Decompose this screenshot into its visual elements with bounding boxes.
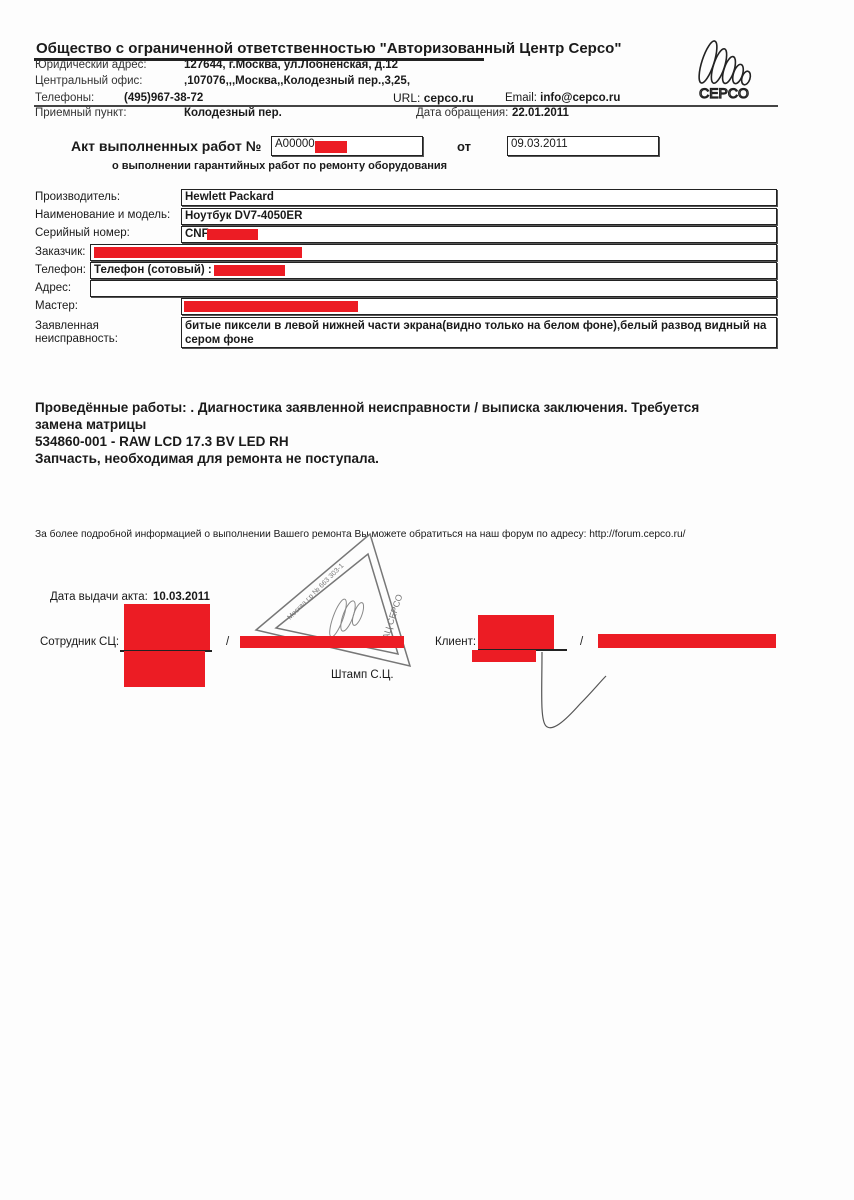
url-label: URL: [393,91,420,105]
model-value: Ноутбук DV7-4050ER [185,210,302,222]
redacted-phone [214,265,285,276]
act-date-value: 09.03.2011 [511,138,568,150]
employee-slash: / [226,636,229,648]
redacted-employee-signature [124,604,210,650]
customer-label: Заказчик: [35,246,85,258]
fault-text-line2: сером фоне [185,333,773,347]
svg-text:Москва г.р № 663 303-1: Москва г.р № 663 303-1 [286,562,345,621]
request-date-value: 22.01.2011 [512,107,569,119]
signature-icon [530,650,630,735]
serial-label: Серийный номер: [35,227,130,239]
act-title: Акт выполненных работ № [71,138,261,154]
manufacturer-field[interactable]: Hewlett Packard [181,189,777,206]
redacted-client-signature [478,615,554,649]
url-link[interactable]: cepco.ru [424,91,474,105]
phones-value: (495)967-38-72 [124,92,203,104]
address-label: Адрес: [35,282,71,294]
central-office-value: ,107076,,,Москва,,Колодезный пер.,3,25, [184,75,410,87]
cepco-logo-icon: CEPCO [684,38,764,102]
stamp: Москва г.р № 663 303-1 АЦ СЕРСО [250,530,420,670]
stamp-triangle-icon: Москва г.р № 663 303-1 АЦ СЕРСО [250,530,420,670]
issue-date-label: Дата выдачи акта: [50,591,148,603]
reception-value: Колодезный пер. [184,107,282,119]
client-label: Клиент: [435,636,476,648]
model-label: Наименование и модель: [35,209,170,221]
address-field[interactable] [90,280,777,297]
work-line2: замена матрицы [35,416,699,433]
manufacturer-value: Hewlett Packard [185,191,274,203]
fault-label-line2: неисправность: [35,333,118,345]
manufacturer-label: Производитель: [35,191,120,203]
svg-text:CEPCO: CEPCO [699,85,749,101]
fault-text-line1: битые пиксели в левой нижней части экран… [185,319,773,333]
act-date-field[interactable]: 09.03.2011 [507,136,659,156]
serial-value: CNF [185,228,209,240]
client-signature-stroke [530,650,630,735]
redacted-client-fullname [598,634,776,648]
header-divider [34,105,778,107]
stamp-label: Штамп С.Ц. [331,669,394,681]
redacted-act-number [315,141,347,153]
serial-field[interactable]: CNF [181,226,777,243]
legal-address-value: 127644, г.Москва, ул.Лобненская, д.12 [184,59,398,71]
url-block: URL: cepco.ru [393,91,474,105]
redacted-client-name [472,650,536,662]
client-slash: / [580,636,583,648]
employee-label: Сотрудник СЦ: [40,636,119,648]
act-number-prefix: A00000 [275,138,315,150]
request-date-label: Дата обращения: [416,107,508,119]
legal-address-label: Юридический адрес: [35,59,147,71]
email-block: Email: info@cepco.ru [505,92,620,104]
redacted-customer [94,247,302,258]
company-name: Общество с ограниченной ответственностью… [36,40,621,57]
act-subtitle: о выполнении гарантийных работ по ремонт… [112,160,447,172]
phone-field[interactable]: Телефон (сотовый) : [90,262,777,279]
fault-field[interactable]: битые пиксели в левой нижней части экран… [181,317,777,348]
work-line3: 534860-001 - RAW LCD 17.3 BV LED RH [35,433,699,450]
master-label: Мастер: [35,300,78,312]
issue-date-value: 10.03.2011 [153,591,210,603]
central-office-label: Центральный офис: [35,75,142,87]
phone-label: Телефон: [35,264,86,276]
act-from-label: от [457,139,471,154]
act-number-field[interactable]: A00000 [271,136,423,156]
work-line1: Проведённые работы: . Диагностика заявле… [35,399,699,416]
email-label: Email: [505,92,537,104]
model-field[interactable]: Ноутбук DV7-4050ER [181,208,777,225]
redacted-master [184,301,358,312]
reception-label: Приемный пункт: [35,107,127,119]
redacted-employee-name [124,651,205,687]
work-line4: Запчасть, необходимая для ремонта не пос… [35,450,699,467]
phones-label: Телефоны: [35,92,94,104]
redacted-employee-fullname [240,636,404,648]
redacted-serial [207,229,258,240]
work-performed: Проведённые работы: . Диагностика заявле… [35,399,699,467]
fault-label-line1: Заявленная [35,320,99,332]
cepco-logo: CEPCO [684,38,764,102]
phone-value: Телефон (сотовый) : [94,264,212,276]
email-link[interactable]: info@cepco.ru [540,92,620,104]
